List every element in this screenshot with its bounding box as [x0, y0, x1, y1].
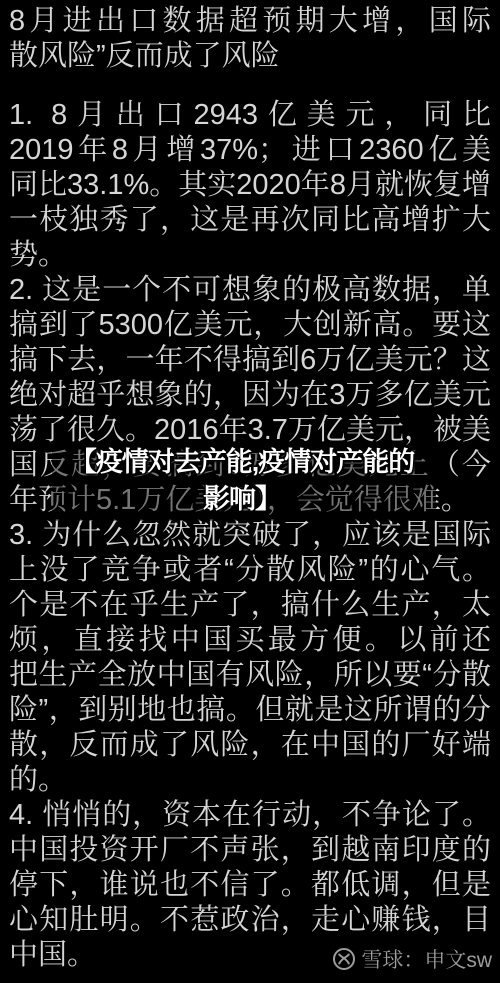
- text-line: 的。: [9, 763, 491, 798]
- bottom-watermark: 雪球：申文sw: [332, 944, 492, 974]
- paragraph-3: 3. 为什么忽然就突破了，应该是国际上没了竞争或者“分散风险”的心气。一个是不在…: [9, 518, 491, 798]
- text-line: 散风险”反而成了风险: [9, 39, 491, 74]
- bottom-watermark-label: 雪球：申文sw: [361, 944, 492, 974]
- text-line: 绝对超乎想象的，因为在3万多亿美元晃: [9, 378, 491, 413]
- text-line: 烦，直接找中国买最方便。以前还说，: [9, 623, 491, 658]
- text-line: 险”，到别地也搞。但就是这所谓的分: [9, 693, 491, 728]
- text-line: 4. 悄悄的，资本在行动，不争论了。到: [9, 798, 491, 833]
- text-line: 搞下去，一年不得搞到6万亿美元？这是: [9, 343, 491, 378]
- text-line: 势。: [9, 238, 491, 273]
- text-line: 搞到了5300亿美元，大创新高。要这么: [9, 308, 491, 343]
- text-line: 停下，谁说也不信了。都低调，但是都: [9, 868, 491, 903]
- text-line: 散，反而成了风险，在中国的厂好端端: [9, 728, 491, 763]
- article-title: 8月进出口数据超预期大增，国际上“分散风险”反而成了风险: [9, 4, 491, 74]
- text-line: 1. 8月出口2943亿美元，同比25.6%，比: [9, 98, 491, 133]
- text-line: 中国投资开厂不声张，到越南印度的都: [9, 833, 491, 868]
- text-line: 心知肚明。不惹政治，走心赚钱，目标: [9, 903, 491, 938]
- text-line: 个是不在乎生产了，搞什么生产，太麻: [9, 588, 491, 623]
- article-screenshot: 8月进出口数据超预期大增，国际上“分散风险”反而成了风险1. 8月出口2943亿…: [0, 0, 500, 983]
- text-line: 上没了竞争或者“分散风险”的心气。一: [9, 553, 491, 588]
- center-watermark: 【疫情对去产能,疫情对产能的影响】: [60, 444, 424, 518]
- text-line: 把生产全放中国有风险，所以要“分散风: [9, 658, 491, 693]
- paragraph-1: 1. 8月出口2943亿美元，同比25.6%，比2019年8月增37%；进口23…: [9, 98, 491, 273]
- text-line: 3. 为什么忽然就突破了，应该是国际: [9, 518, 491, 553]
- text-line: 8月进出口数据超预期大增，国际上“分: [9, 4, 491, 39]
- text-line: 2019年8月增37%；进口2360亿美元，: [9, 133, 491, 168]
- text-line: 同比33.1%。其实2020年8月就恢复增长: [9, 168, 491, 203]
- text-line: 2. 这是一个不可想象的极高数据，单月: [9, 273, 491, 308]
- text-line: 一枝独秀了，这是再次同比高增扩大优: [9, 203, 491, 238]
- xueqiu-logo-icon: [332, 947, 356, 971]
